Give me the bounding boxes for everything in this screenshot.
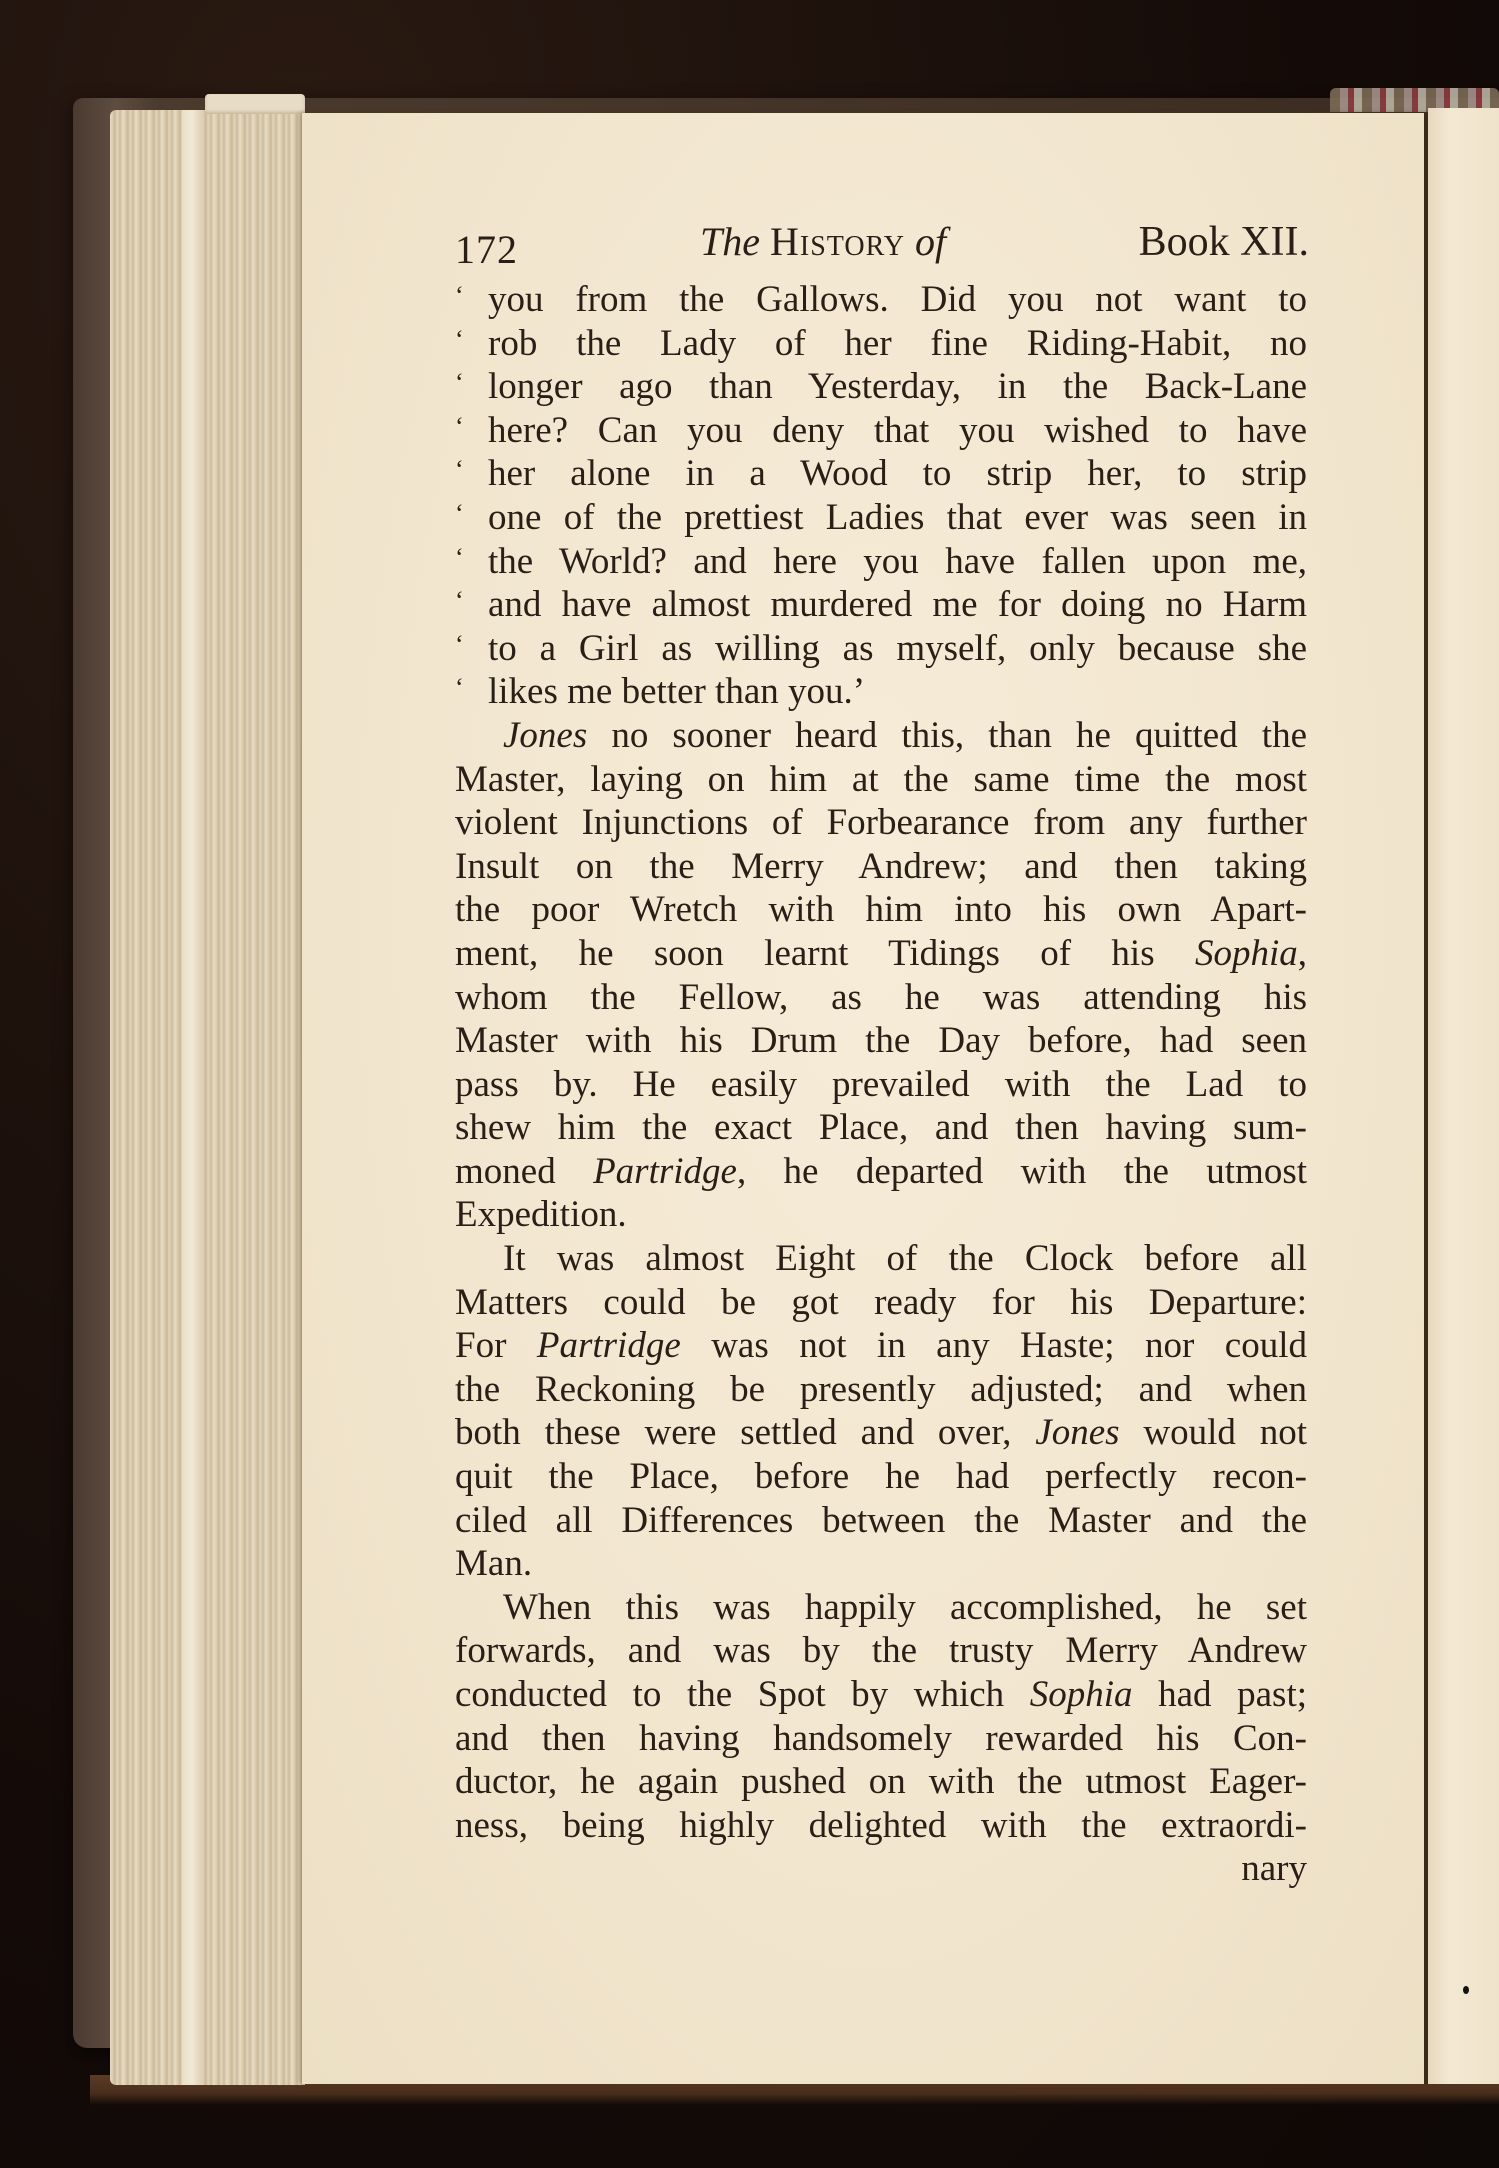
italic-name: Jones <box>1035 1412 1119 1453</box>
text-line: the poor Wretch with him into his own Ap… <box>455 888 1307 932</box>
text-run: Insult on the Merry Andrew; and then tak… <box>455 846 1307 887</box>
text-line: conducted to the Spot by which Sophia ha… <box>455 1673 1307 1717</box>
text-run: the poor Wretch with him into his own Ap… <box>455 889 1307 930</box>
gutter <box>1424 113 1428 2084</box>
text-line: Master with his Drum the Day before, had… <box>455 1019 1307 1063</box>
italic-name: Sophia <box>1030 1674 1133 1715</box>
text-run: the Reckoning be presently adjusted; and… <box>455 1369 1307 1410</box>
text-line: ‘you from the Gallows. Did you not want … <box>455 278 1307 322</box>
text-run: Master, laying on him at the same time t… <box>455 759 1307 800</box>
text-run: , <box>1298 933 1307 974</box>
text-line: Matters could be got ready for his Depar… <box>455 1281 1307 1325</box>
text-line: For Partridge was not in any Haste; nor … <box>455 1324 1307 1368</box>
text-line: Insult on the Merry Andrew; and then tak… <box>455 845 1307 889</box>
text-run: It was almost Eight of the Clock before … <box>503 1238 1307 1279</box>
text-run: nary <box>1241 1848 1307 1889</box>
text-line: ‘here? Can you deny that you wished to h… <box>455 409 1307 453</box>
text-run: one of the prettiest Ladies that ever wa… <box>488 497 1307 538</box>
text-run: the World? and here you have fallen upon… <box>488 541 1307 582</box>
text-line: ‘rob the Lady of her fine Riding-Habit, … <box>455 322 1307 366</box>
text-line: ‘her alone in a Wood to strip her, to st… <box>455 452 1307 496</box>
running-head: 172 The History of Book XII. <box>455 218 1307 276</box>
text-line: ‘to a Girl as willing as myself, only be… <box>455 627 1307 671</box>
text-line: ‘and have almost murdered me for doing n… <box>455 583 1307 627</box>
text-run: likes me better than you.’ <box>488 671 865 712</box>
text-run: , he departed with the utmost <box>737 1151 1307 1192</box>
text-run: moned <box>455 1151 593 1192</box>
text-line: ‘one of the prettiest Ladies that ever w… <box>455 496 1307 540</box>
text-line: ness, being highly delighted with the ex… <box>455 1804 1307 1848</box>
text-run: Master with his Drum the Day before, had… <box>455 1020 1307 1061</box>
text-line: ‘likes me better than you.’ <box>455 670 1307 714</box>
text-line: both these were settled and over, Jones … <box>455 1411 1307 1455</box>
italic-name: Partridge <box>593 1151 737 1192</box>
quote-mark: ‘ <box>455 318 464 362</box>
text-run: longer ago than Yesterday, in the Back-L… <box>488 366 1307 407</box>
text-line: Master, laying on him at the same time t… <box>455 758 1307 802</box>
text-line: Jones no sooner heard this, than he quit… <box>455 714 1307 758</box>
page-number: 172 <box>455 226 518 273</box>
text-line: ‘longer ago than Yesterday, in the Back-… <box>455 365 1307 409</box>
text-run: ductor, he again pushed on with the utmo… <box>455 1761 1307 1802</box>
text-run: and have almost murdered me for doing no… <box>488 584 1307 625</box>
italic-name: Partridge <box>537 1325 681 1366</box>
quote-mark: ‘ <box>455 274 464 318</box>
running-title-history: History <box>770 219 905 264</box>
quote-mark: ‘ <box>455 623 464 667</box>
page-stack-divider <box>182 110 202 2085</box>
text-line: violent Injunctions of Forbearance from … <box>455 801 1307 845</box>
text-run: Expedition. <box>455 1194 627 1235</box>
quote-mark: ‘ <box>455 579 464 623</box>
quote-mark: ‘ <box>455 448 464 492</box>
text-run: here? Can you deny that you wished to ha… <box>488 410 1307 451</box>
quote-mark: ‘ <box>455 666 464 710</box>
text-run: quit the Place, before he had perfectly … <box>455 1456 1307 1497</box>
text-line: ment, he soon learnt Tidings of his Soph… <box>455 932 1307 976</box>
text-run: ment, he soon learnt Tidings of his <box>455 933 1195 974</box>
text-line: ductor, he again pushed on with the utmo… <box>455 1760 1307 1804</box>
text-run: had past; <box>1133 1674 1307 1715</box>
page-text: 172 The History of Book XII. ‘you from t… <box>455 218 1307 1891</box>
text-run: whom the Fellow, as he was attending his <box>455 977 1307 1018</box>
text-run: pass by. He easily prevailed with the La… <box>455 1064 1307 1105</box>
text-run: shew him the exact Place, and then havin… <box>455 1107 1307 1148</box>
text-run: conducted to the Spot by which <box>455 1674 1030 1715</box>
text-line: forwards, and was by the trusty Merry An… <box>455 1629 1307 1673</box>
book-label: Book XII. <box>1139 218 1309 266</box>
text-line: and then having handsomely rewarded his … <box>455 1717 1307 1761</box>
text-line: pass by. He easily prevailed with the La… <box>455 1063 1307 1107</box>
text-line: Expedition. <box>455 1193 1307 1237</box>
text-line: It was almost Eight of the Clock before … <box>455 1237 1307 1281</box>
italic-name: Sophia <box>1195 933 1298 974</box>
text-line: quit the Place, before he had perfectly … <box>455 1455 1307 1499</box>
text-line: Man. <box>455 1542 1307 1586</box>
text-line: ‘the World? and here you have fallen upo… <box>455 540 1307 584</box>
text-run: ciled all Differences between the Master… <box>455 1500 1307 1541</box>
text-run: to a Girl as willing as myself, only bec… <box>488 628 1307 669</box>
text-run: no sooner heard this, than he quitted th… <box>587 715 1307 756</box>
page-stack-step <box>205 94 305 114</box>
text-run: would not <box>1120 1412 1307 1453</box>
text-run: her alone in a Wood to strip her, to str… <box>488 453 1307 494</box>
running-title-of: of <box>915 219 946 264</box>
running-title-the: The <box>700 219 760 264</box>
running-title: The History of <box>700 218 946 265</box>
text-run: was not in any Haste; nor could <box>681 1325 1307 1366</box>
text-run: both these were settled and over, <box>455 1412 1035 1453</box>
catchword: nary <box>455 1847 1307 1891</box>
text-run: rob the Lady of her fine Riding-Habit, n… <box>488 323 1307 364</box>
facing-page-edge <box>1428 108 1499 2084</box>
ink-spot <box>1463 1986 1469 1994</box>
italic-name: Jones <box>503 715 587 756</box>
text-run: and then having handsomely rewarded his … <box>455 1718 1307 1759</box>
body-lines: ‘you from the Gallows. Did you not want … <box>455 278 1307 1891</box>
text-line: moned Partridge, he departed with the ut… <box>455 1150 1307 1194</box>
text-line: whom the Fellow, as he was attending his <box>455 976 1307 1020</box>
text-run: you from the Gallows. Did you not want t… <box>488 279 1307 320</box>
quote-mark: ‘ <box>455 405 464 449</box>
text-line: the Reckoning be presently adjusted; and… <box>455 1368 1307 1412</box>
text-run: Matters could be got ready for his Depar… <box>455 1282 1307 1323</box>
text-line: When this was happily accomplished, he s… <box>455 1586 1307 1630</box>
page-stack-fore-edge <box>110 110 305 2085</box>
text-run: For <box>455 1325 537 1366</box>
text-run: violent Injunctions of Forbearance from … <box>455 802 1307 843</box>
text-line: ciled all Differences between the Master… <box>455 1499 1307 1543</box>
text-run: forwards, and was by the trusty Merry An… <box>455 1630 1307 1671</box>
quote-mark: ‘ <box>455 361 464 405</box>
quote-mark: ‘ <box>455 492 464 536</box>
text-line: shew him the exact Place, and then havin… <box>455 1106 1307 1150</box>
text-run: ness, being highly delighted with the ex… <box>455 1805 1307 1846</box>
quote-mark: ‘ <box>455 536 464 580</box>
text-run: Man. <box>455 1543 532 1584</box>
text-run: When this was happily accomplished, he s… <box>503 1587 1307 1628</box>
